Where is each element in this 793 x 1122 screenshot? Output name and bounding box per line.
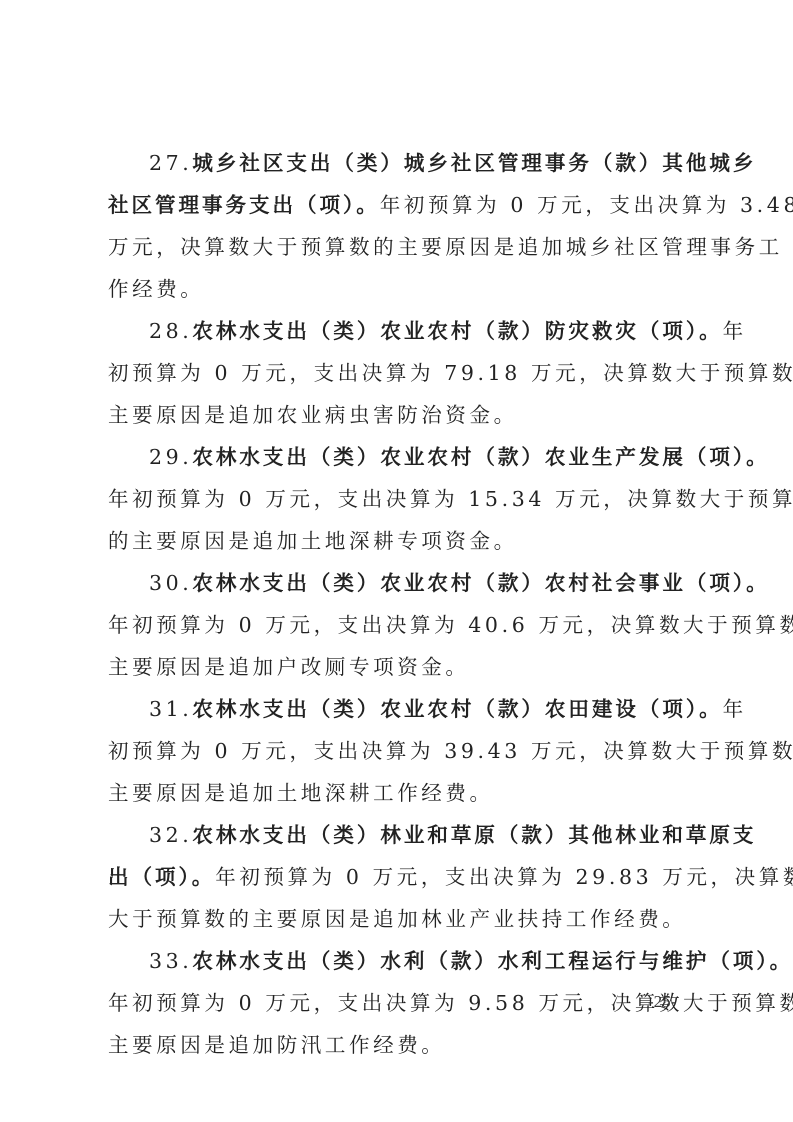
- paragraph-33-line-2: 年初预算为 0 万元，支出决算为 9.58 万元，决算数大于预算数的: [108, 988, 694, 1018]
- item-heading: 农林水支出（类）水利（款）水利工程运行与维护（项）。: [192, 949, 793, 973]
- paragraph-32-line-3: 大于预算数的主要原因是追加林业产业扶持工作经费。: [108, 904, 694, 934]
- document-page: 27.城乡社区支出（类）城乡社区管理事务（款）其他城乡 社区管理事务支出（项）。…: [0, 0, 793, 1122]
- paragraph-33-line-1: 33.农林水支出（类）水利（款）水利工程运行与维护（项）。: [149, 946, 694, 976]
- item-number: 28.: [149, 319, 192, 343]
- item-heading: 农林水支出（类）农业农村（款）农村社会事业（项）。: [192, 571, 769, 595]
- paragraph-31-line-1: 31.农林水支出（类）农业农村（款）农田建设（项）。年: [149, 694, 694, 724]
- item-body: 大于预算数的主要原因是追加林业产业扶持工作经费。: [108, 907, 686, 931]
- paragraph-27-line-2: 社区管理事务支出（项）。年初预算为 0 万元，支出决算为 3.48: [108, 190, 694, 220]
- paragraph-28-line-2: 初预算为 0 万元，支出决算为 79.18 万元，决算数大于预算数的: [108, 358, 694, 388]
- item-body: 万元，决算数大于预算数的主要原因是追加城乡社区管理事务工: [108, 235, 783, 259]
- item-body: 年初预算为 0 万元，支出决算为 29.83 万元，决算数: [215, 865, 793, 889]
- paragraph-32-line-1: 32.农林水支出（类）林业和草原（款）其他林业和草原支: [149, 820, 694, 850]
- paragraph-28-line-3: 主要原因是追加农业病虫害防治资金。: [108, 400, 694, 430]
- item-body: 年: [723, 319, 747, 343]
- page-number: -25-: [648, 992, 676, 1012]
- paragraph-27-line-3: 万元，决算数大于预算数的主要原因是追加城乡社区管理事务工: [108, 232, 694, 262]
- paragraph-27-line-4: 作经费。: [108, 274, 694, 304]
- item-number: 32.: [149, 823, 192, 847]
- item-number: 27.: [149, 151, 192, 175]
- paragraph-30-line-2: 年初预算为 0 万元，支出决算为 40.6 万元，决算数大于预算数的: [108, 610, 694, 640]
- item-heading: 农林水支出（类）农业农村（款）农业生产发展（项）。: [192, 445, 769, 469]
- item-body: 年初预算为 0 万元，支出决算为 9.58 万元，决算数大于预算数的: [108, 991, 793, 1015]
- item-body: 年初预算为 0 万元，支出决算为 15.34 万元，决算数大于预算数: [108, 487, 793, 511]
- item-body: 主要原因是追加户改厕专项资金。: [108, 655, 470, 679]
- item-body: 年初预算为 0 万元，支出决算为 3.48: [380, 193, 793, 217]
- item-heading: 农林水支出（类）林业和草原（款）其他林业和草原支: [192, 823, 756, 847]
- item-number: 33.: [149, 949, 192, 973]
- item-body: 作经费。: [108, 277, 204, 301]
- item-body: 主要原因是追加防汛工作经费。: [108, 1033, 445, 1057]
- paragraph-27-line-1: 27.城乡社区支出（类）城乡社区管理事务（款）其他城乡: [149, 148, 694, 178]
- paragraph-30-line-1: 30.农林水支出（类）农业农村（款）农村社会事业（项）。: [149, 568, 694, 598]
- item-heading: 社区管理事务支出（项）。: [108, 193, 380, 217]
- paragraph-33-line-3: 主要原因是追加防汛工作经费。: [108, 1030, 694, 1060]
- item-body: 初预算为 0 万元，支出决算为 79.18 万元，决算数大于预算数的: [108, 361, 793, 385]
- item-number: 31.: [149, 697, 192, 721]
- item-number: 30.: [149, 571, 192, 595]
- item-body: 的主要原因是追加土地深耕专项资金。: [108, 529, 518, 553]
- paragraph-31-line-3: 主要原因是追加土地深耕工作经费。: [108, 778, 694, 808]
- paragraph-32-line-2: 出（项）。年初预算为 0 万元，支出决算为 29.83 万元，决算数: [108, 862, 694, 892]
- item-body: 年初预算为 0 万元，支出决算为 40.6 万元，决算数大于预算数的: [108, 613, 793, 637]
- item-heading: 出（项）。: [108, 865, 215, 889]
- item-number: 29.: [149, 445, 192, 469]
- item-body: 主要原因是追加农业病虫害防治资金。: [108, 403, 518, 427]
- paragraph-29-line-2: 年初预算为 0 万元，支出决算为 15.34 万元，决算数大于预算数: [108, 484, 694, 514]
- item-heading: 农林水支出（类）农业农村（款）农田建设（项）。: [192, 697, 722, 721]
- paragraph-29-line-3: 的主要原因是追加土地深耕专项资金。: [108, 526, 694, 556]
- item-body: 年: [723, 697, 747, 721]
- item-heading: 城乡社区支出（类）城乡社区管理事务（款）其他城乡: [192, 151, 756, 175]
- paragraph-31-line-2: 初预算为 0 万元，支出决算为 39.43 万元，决算数大于预算数的: [108, 736, 694, 766]
- item-heading: 农林水支出（类）农业农村（款）防灾救灾（项）。: [192, 319, 722, 343]
- item-body: 主要原因是追加土地深耕工作经费。: [108, 781, 494, 805]
- item-body: 初预算为 0 万元，支出决算为 39.43 万元，决算数大于预算数的: [108, 739, 793, 763]
- paragraph-28-line-1: 28.农林水支出（类）农业农村（款）防灾救灾（项）。年: [149, 316, 694, 346]
- paragraph-29-line-1: 29.农林水支出（类）农业农村（款）农业生产发展（项）。: [149, 442, 694, 472]
- paragraph-30-line-3: 主要原因是追加户改厕专项资金。: [108, 652, 694, 682]
